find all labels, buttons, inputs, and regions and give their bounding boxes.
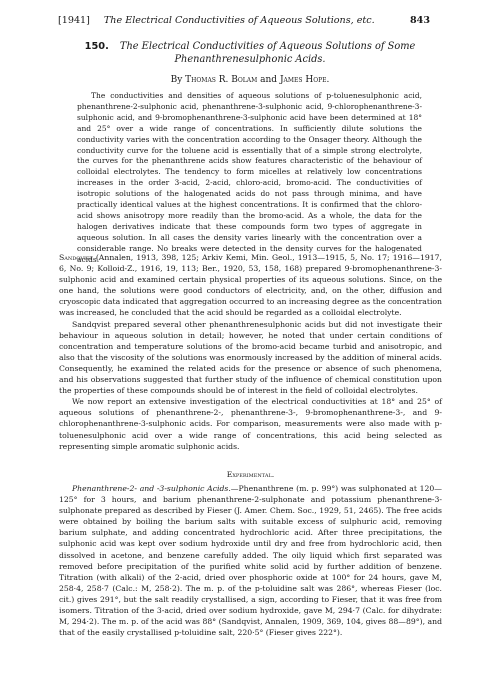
abstract-text: The conductivities and densities of aque… [77,91,422,266]
page-number: 843 [410,15,430,26]
section-heading-experimental: Experimental. [59,470,442,479]
author-2: James Hope. [280,75,329,85]
header-year: [1941] [58,15,90,26]
introduction: Sandqvist (Annalen, 1913, 398, 125; Arki… [59,252,442,452]
byline: By Thomas R. Bolam and James Hope. [60,75,440,85]
subheading: Phenanthrene-2- and -3-sulphonic Acids. [72,484,231,493]
intro-paragraph-3: We now report an extensive investigation… [59,396,442,451]
byline-prefix: By [171,75,183,85]
author-1: Thomas R. Bolam [185,75,257,85]
byline-and: and [260,75,277,85]
experimental-p1-text: —Phenanthrene (m. p. 99°) was sulphonate… [59,484,442,637]
running-header: [1941] The Electrical Conductivities of … [58,15,430,26]
title-line-1: The Electrical Conductivities of Aqueous… [120,41,415,52]
title-line-2: Phenanthrenesulphonic Acids. [174,54,325,65]
article-title: 150. The Electrical Conductivities of Aq… [70,40,430,66]
intro-paragraph-2: Sandqvist prepared several other phenant… [59,319,442,397]
article-number: 150. [85,41,109,52]
cited-author: Sandqvist [59,253,93,262]
experimental-section: Phenanthrene-2- and -3-sulphonic Acids.—… [59,483,442,638]
abstract: The conductivities and densities of aque… [77,91,422,266]
experimental-paragraph-1: Phenanthrene-2- and -3-sulphonic Acids.—… [59,483,442,638]
running-title: The Electrical Conductivities of Aqueous… [104,15,410,26]
intro-paragraph-1: Sandqvist (Annalen, 1913, 398, 125; Arki… [59,252,442,319]
journal-page: [1941] The Electrical Conductivities of … [0,0,500,679]
